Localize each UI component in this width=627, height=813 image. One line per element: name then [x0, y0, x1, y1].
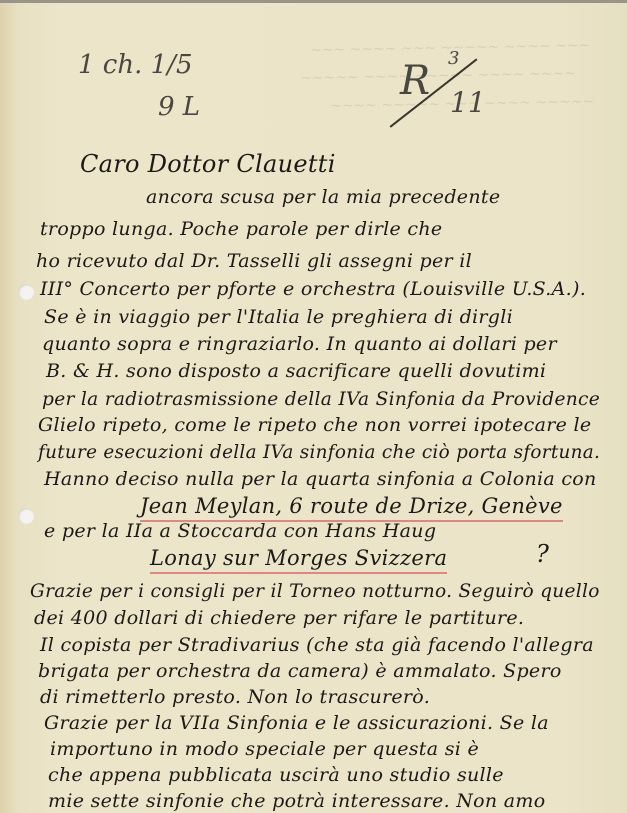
pencil-annotation: 9 L — [158, 92, 200, 122]
salutation: Caro Dottor Clauetti — [80, 150, 336, 178]
letter-line: che appena pubblicata uscirà uno studio … — [48, 764, 504, 786]
letter-line: ancora scusa per la mia precedente — [146, 186, 500, 208]
letter-line: Grazie per i consigli per il Torneo nott… — [30, 580, 600, 602]
letter-line: di rimetterlo presto. Non lo trascurerò. — [40, 686, 430, 708]
letter-line: importuno in modo speciale per questa si… — [50, 738, 479, 760]
letter-line: mie sette sinfonie che potrà interessare… — [48, 790, 545, 812]
letter-line: Il copista per Stradivarius (che sta già… — [40, 634, 594, 656]
reference-fraction-bottom: 11 — [450, 86, 486, 119]
letter-line: dei 400 dollari di chiedere per rifare l… — [34, 607, 524, 629]
punch-hole — [18, 284, 34, 300]
letter-line: quanto sopra e ringraziarlo. In quanto a… — [42, 333, 557, 355]
letter-line: per la radiotrasmissione della IVa Sinfo… — [42, 388, 600, 410]
letter-page: ~~~ ~~~~ ~~~ ~~~~~ ~~~~ ~~~ ~~~~~ ~~~~ ~… — [0, 0, 627, 813]
question-mark: ? — [536, 540, 549, 568]
letter-line: Hanno deciso nulla per la quarta sinfoni… — [44, 468, 597, 490]
letter-line: Se è in viaggio per l'Italia le preghier… — [44, 306, 513, 328]
letter-line: Glielo ripeto, come le ripeto che non vo… — [38, 414, 591, 436]
address-jean-meylan: Jean Meylan, 6 route de Drize, Genève — [140, 494, 563, 522]
letter-line: III° Concerto per pforte e orchestra (Lo… — [40, 278, 586, 300]
pencil-annotation: 1 ch. 1/5 — [78, 50, 193, 80]
scan-top-edge — [0, 0, 627, 3]
letter-line: B. & H. sono disposto a sacrificare quel… — [46, 360, 546, 382]
punch-hole — [18, 508, 34, 524]
address-lonay: Lonay sur Morges Svizzera — [150, 546, 447, 574]
letter-line: troppo lunga. Poche parole per dirle che — [40, 218, 442, 240]
letter-line: brigata per orchestra da camera) è ammal… — [38, 660, 562, 682]
letter-line: ho ricevuto dal Dr. Tasselli gli assegni… — [36, 250, 472, 272]
letter-line: Grazie per la VIIa Sinfonia e le assicur… — [44, 712, 549, 734]
reference-fraction-top: 3 — [448, 48, 459, 69]
bleed-through-text: ~~~~~ ~~~~ ~~~~~ ~~~~ ~~~~ — [300, 66, 576, 87]
letter-line: e per la IIa a Stoccarda con Hans Haug — [44, 520, 436, 542]
letter-line: future esecuzioni della IVa sinfonia che… — [38, 441, 600, 463]
